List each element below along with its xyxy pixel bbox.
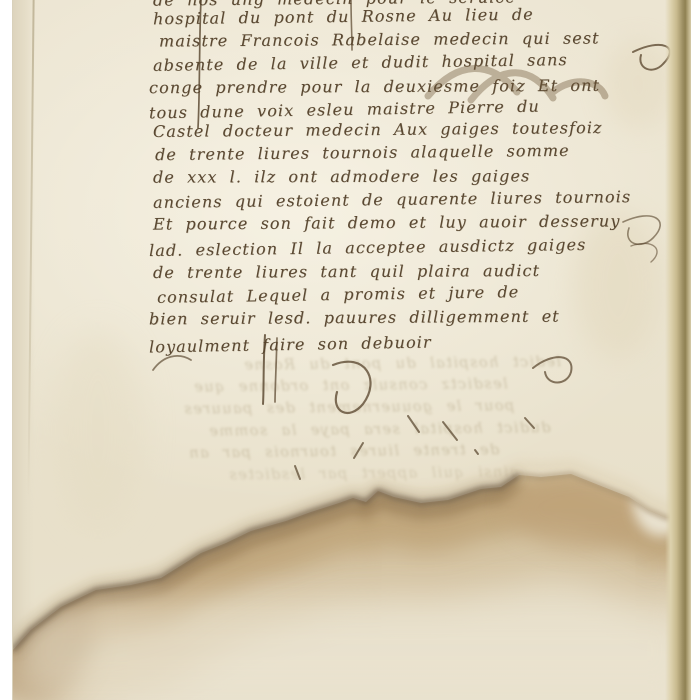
ghost-inscription-stroke	[553, 82, 605, 96]
pen-descender	[198, 0, 201, 128]
pen-flourish	[153, 356, 191, 370]
ink-tick	[443, 422, 457, 440]
pen-flourish	[333, 362, 371, 413]
manuscript-page: ledict hospital du pont du Rosne lesdict…	[12, 0, 691, 700]
ink-tick	[475, 450, 478, 454]
pen-flourish	[533, 357, 571, 382]
page-fore-edge	[665, 0, 691, 700]
ink-tick	[295, 466, 300, 479]
pen-descender	[263, 335, 265, 404]
pen-flourish	[631, 243, 657, 262]
pen-descender	[275, 338, 277, 402]
pen-descender	[351, 0, 352, 50]
ink-tick	[408, 416, 419, 432]
manuscript-photo: ledict hospital du pont du Rosne lesdict…	[0, 0, 700, 700]
pen-flourish	[623, 216, 660, 244]
ink-flourishes	[13, 0, 691, 700]
ink-tick	[525, 418, 534, 428]
ink-tick	[354, 443, 363, 458]
